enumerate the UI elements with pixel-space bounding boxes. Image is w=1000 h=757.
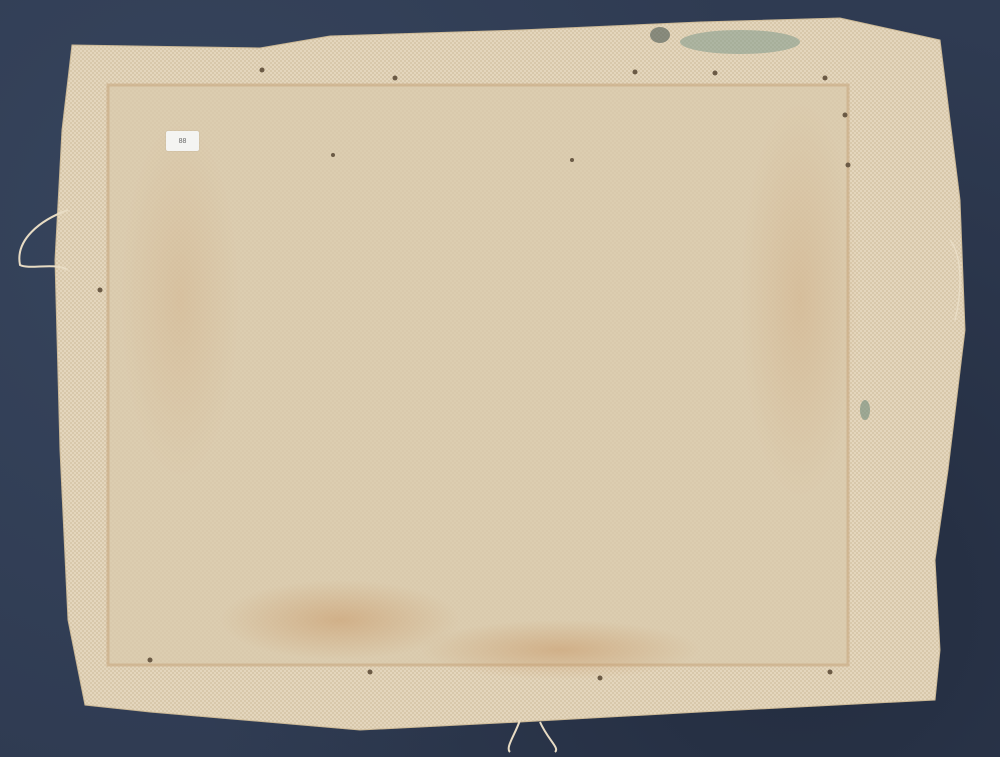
lot-number-label: 88 <box>166 131 199 151</box>
canvas-back-illustration <box>0 0 1000 757</box>
photo-scene: 88 <box>0 0 1000 757</box>
mold-patch <box>680 30 800 54</box>
